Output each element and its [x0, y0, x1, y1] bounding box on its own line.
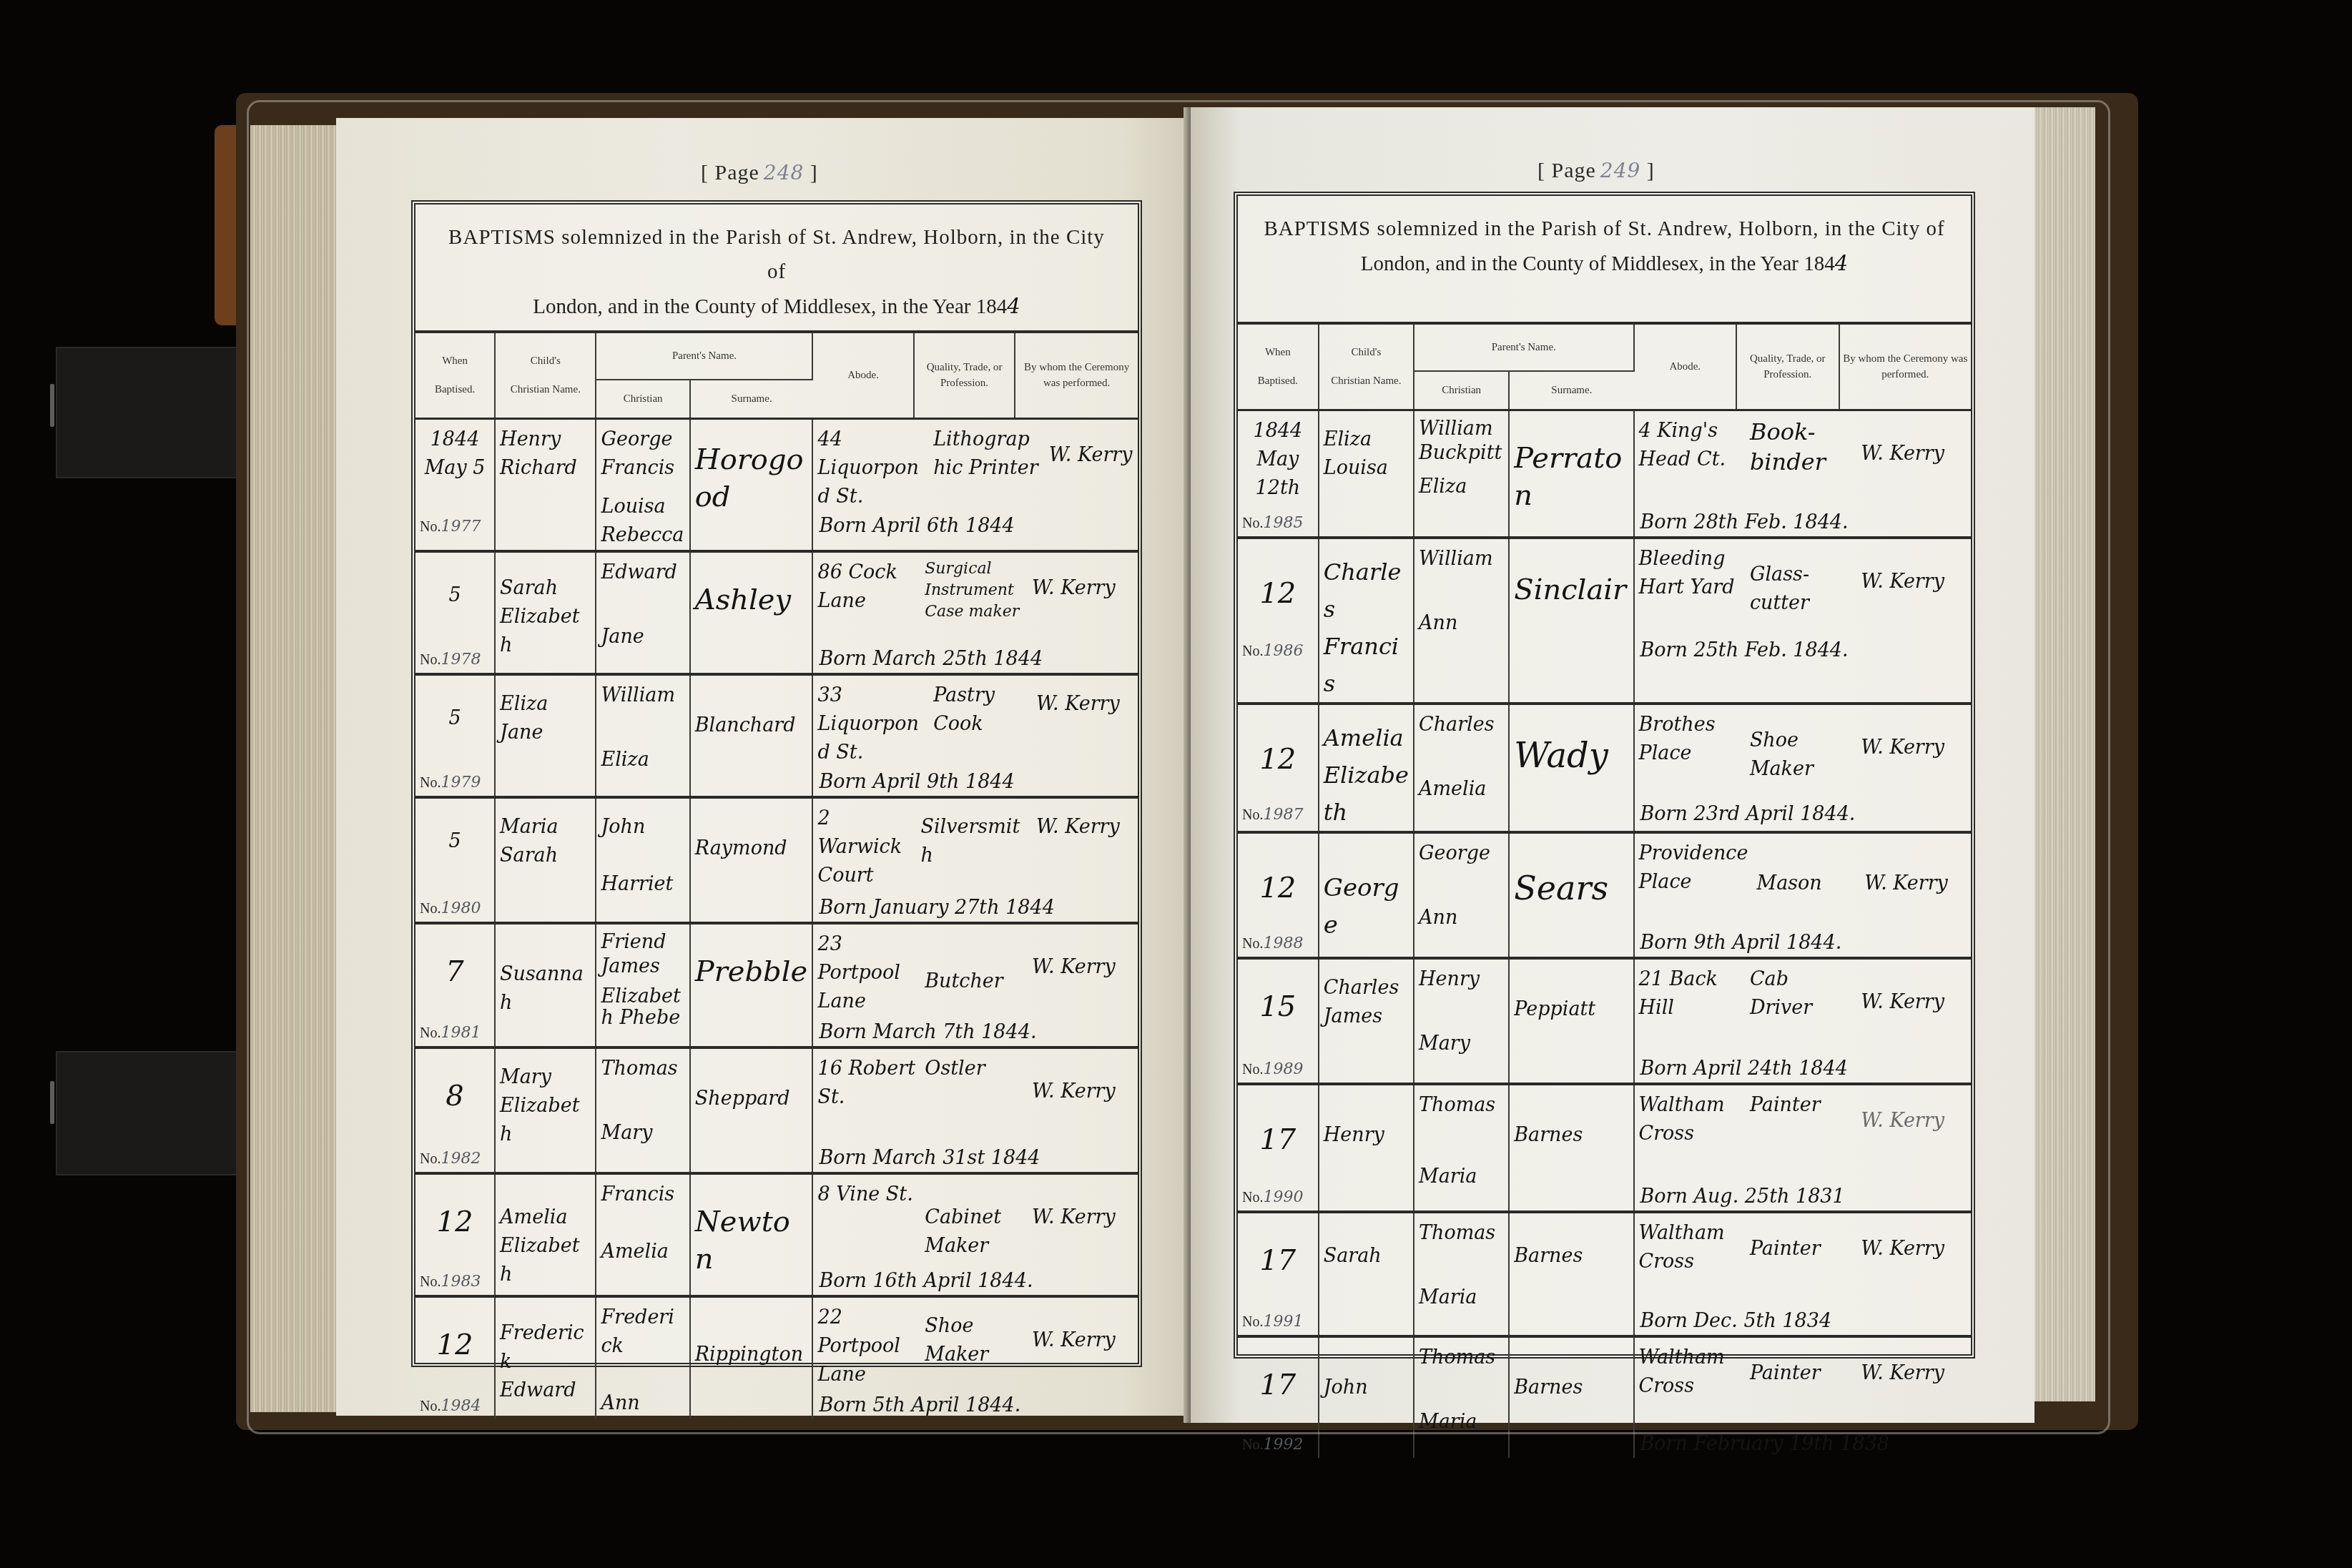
- col-profession: Quality, Trade, or Profession.: [1736, 325, 1839, 410]
- entry-child-name: Henry: [1319, 1085, 1413, 1150]
- register-entry: 5No.1978 Sarah Elizabeth EdwardJane Ashl…: [415, 551, 1138, 674]
- heading-line-1: BAPTISMS solemnized in the Parish of St.…: [437, 220, 1116, 289]
- entry-number: No.1991: [1242, 1313, 1303, 1331]
- entry-surname: Barnes: [1510, 1213, 1633, 1271]
- entry-when: 1844 May 5: [415, 420, 494, 483]
- entry-abode: 22 Portpool Lane: [813, 1298, 920, 1389]
- entry-born: Born 25th Feb. 1844.: [1640, 639, 1849, 661]
- entry-number: No.1979: [420, 774, 481, 792]
- entry-father: William Buckpitt: [1414, 411, 1508, 465]
- page-number: 248: [764, 161, 804, 184]
- entry-when: 12: [415, 1175, 494, 1241]
- entry-born: Born 9th April 1844.: [1640, 932, 1842, 954]
- entry-born: Born Aug. 25th 1831: [1640, 1185, 1845, 1208]
- entry-number: No.1984: [420, 1397, 481, 1415]
- heading-line-1: BAPTISMS solemnized in the Parish of St.…: [1259, 212, 1949, 246]
- page-label: [ Page: [701, 161, 759, 184]
- entry-child-name: Amelia Elizabeth: [496, 1175, 595, 1289]
- entry-when: 17: [1238, 1085, 1318, 1158]
- entry-officiant: W. Kerry: [1856, 539, 1971, 618]
- entry-officiant: W. Kerry: [1856, 1213, 1971, 1276]
- register-entry: 17No.1992 John ThomasMaria Barnes Waltha…: [1238, 1336, 1971, 1458]
- entry-officiant: W. Kerry: [1856, 411, 1971, 477]
- register-entry: 5No.1979 Eliza Jane WilliamEliza Blancha…: [415, 674, 1138, 797]
- col-child-name: Child'sChristian Name.: [1319, 325, 1414, 410]
- entry-officiant: W. Kerry: [1028, 924, 1138, 1016]
- register-entry: 12No.1987 Amelia Elizabeth CharlesAmelia…: [1238, 704, 1971, 832]
- entry-mother: Jane: [596, 587, 689, 651]
- entry-number: No.1988: [1242, 935, 1303, 952]
- entry-profession: Shoe Maker: [920, 1298, 1028, 1389]
- entry-abode: Waltham Cross: [1635, 1085, 1746, 1148]
- entry-father: John: [596, 799, 689, 842]
- entry-officiant: W. Kerry: [1028, 1175, 1138, 1261]
- page-number: 249: [1600, 159, 1640, 182]
- entry-surname: Ashley: [691, 553, 812, 618]
- entry-mother: Maria: [1414, 1248, 1508, 1312]
- entry-mother: Harriet: [596, 842, 689, 899]
- entry-mother: Amelia: [596, 1209, 689, 1266]
- entry-profession: Butcher: [920, 924, 1028, 1016]
- col-parent-surname: Surname.: [690, 380, 813, 419]
- entry-child-name: Susannah: [496, 924, 595, 1017]
- entry-father: Charles: [1414, 705, 1508, 739]
- register-entry: 1844 May 12thNo.1985 Eliza Louisa Willia…: [1238, 410, 1971, 538]
- entry-abode: Brothes Place: [1635, 705, 1746, 784]
- entry-child-name: Eliza Jane: [496, 676, 595, 747]
- binding-clip-top: [56, 347, 237, 478]
- entry-abode: Providence Place: [1635, 834, 1753, 898]
- col-abode: Abode.: [1634, 325, 1737, 410]
- entry-born: Born March 31st 1844: [819, 1147, 1040, 1169]
- register-entry: 1844 May 5No.1977 Henry Richard George F…: [415, 419, 1138, 552]
- page-edges-left: [250, 125, 336, 1412]
- year-digit: 4: [1007, 294, 1020, 318]
- col-parents-name: Parent's Name.: [596, 333, 812, 380]
- right-page: [ Page249 ] BAPTISMS solemnized in the P…: [1191, 107, 2034, 1423]
- entry-when: 5: [415, 676, 494, 733]
- entry-abode: 86 Cock Lane: [813, 553, 920, 623]
- entry-profession: Mason: [1752, 834, 1860, 898]
- entry-abode: 8 Vine St.: [813, 1175, 920, 1261]
- page-label: [ Page: [1537, 159, 1596, 182]
- entry-surname: Newton: [691, 1175, 812, 1278]
- register-entry: 12No.1986 Charles Francis WilliamAnn Sin…: [1238, 538, 1971, 704]
- entry-mother: Eliza: [596, 710, 689, 774]
- entry-number: No.1977: [420, 518, 481, 536]
- entry-abode: 16 Robert St.: [813, 1049, 920, 1112]
- entry-child-name: John: [1319, 1338, 1413, 1402]
- register-entry: 7No.1981 Susannah Friend JamesElizabeth …: [415, 923, 1138, 1047]
- col-parents-name: Parent's Name.: [1414, 325, 1634, 371]
- entry-when: 8: [415, 1049, 494, 1115]
- entry-number: No.1978: [420, 651, 481, 669]
- entry-surname: Sears: [1510, 834, 1633, 907]
- entry-surname: Perraton: [1510, 411, 1633, 514]
- entry-when: 12: [1238, 834, 1318, 907]
- entry-abode: 33 Liquorpond St.: [813, 676, 929, 767]
- col-child-name: Child'sChristian Name.: [495, 333, 596, 419]
- entry-surname: Blanchard: [691, 676, 812, 740]
- entry-born: Born 23rd April 1844.: [1640, 803, 1856, 825]
- entry-profession: Ostler: [920, 1049, 1028, 1112]
- entry-officiant: W. Kerry: [1856, 705, 1971, 784]
- register-entry: 8No.1982 Mary Elizabeth ThomasMary Shepp…: [415, 1047, 1138, 1173]
- col-by-whom: By whom the Ceremony was performed.: [1839, 325, 1972, 410]
- entry-abode: Waltham Cross: [1635, 1213, 1746, 1276]
- entry-surname: Rippington: [691, 1298, 812, 1369]
- register-entry: 12No.1983 Amelia Elizabeth FrancisAmelia…: [415, 1173, 1138, 1296]
- entry-when: 15: [1238, 960, 1318, 1025]
- entry-child-name: Henry Richard: [496, 420, 595, 483]
- entry-profession: Cab Driver: [1746, 960, 1856, 1022]
- col-parent-christian: Christian: [1414, 371, 1509, 410]
- entry-profession: Pastry Cook: [929, 676, 1032, 767]
- entry-mother: Mary: [596, 1083, 689, 1148]
- entry-surname: Barnes: [1510, 1085, 1633, 1150]
- entry-mother: Maria: [1414, 1120, 1508, 1191]
- entry-when: 12: [1238, 705, 1318, 778]
- col-by-whom: By whom the Ceremony was performed.: [1015, 333, 1138, 419]
- photo-background: [ Page248 ] BAPTISMS solemnized in the P…: [0, 0, 2352, 1568]
- entry-officiant: W. Kerry: [1856, 960, 1971, 1022]
- entry-mother: Amelia: [1414, 739, 1508, 804]
- entry-father: Thomas: [596, 1049, 689, 1083]
- entry-mother: Louisa Rebecca: [596, 483, 689, 550]
- entry-born: Born 16th April 1844.: [819, 1270, 1033, 1292]
- entry-child-name: Charles James: [1319, 960, 1413, 1031]
- entry-profession: Cabinet Maker: [920, 1175, 1028, 1261]
- entry-number: No.1982: [420, 1150, 481, 1168]
- entry-father: George: [1414, 834, 1508, 868]
- entry-surname: Sheppard: [691, 1049, 812, 1113]
- entry-profession: Lithographic Printer: [929, 420, 1045, 511]
- entry-born: Born Dec. 5th 1834: [1640, 1310, 1832, 1332]
- entry-number: No.1985: [1242, 514, 1303, 532]
- entry-mother: Ann: [596, 1361, 689, 1418]
- col-when: WhenBaptised.: [1238, 325, 1319, 410]
- entry-abode: 2 Warwick Court: [813, 799, 916, 890]
- entry-abode: 23 Portpool Lane: [813, 924, 920, 1016]
- entry-number: No.1983: [420, 1273, 481, 1291]
- entry-officiant: W. Kerry: [1860, 834, 1971, 898]
- entry-profession: Glass-cutter: [1746, 539, 1856, 618]
- entry-officiant: W. Kerry: [1856, 1085, 1971, 1148]
- entry-child-name: Mary Elizabeth: [496, 1049, 595, 1149]
- entry-mother: Ann: [1414, 573, 1508, 638]
- entry-father: Thomas: [1414, 1085, 1508, 1120]
- entry-mother: Eliza: [1414, 465, 1508, 501]
- entry-when: 1844 May 12th: [1238, 411, 1318, 503]
- register-heading: BAPTISMS solemnized in the Parish of St.…: [1238, 196, 1971, 325]
- entry-when: 17: [1238, 1338, 1318, 1404]
- entry-born: Born April 24th 1844: [1640, 1057, 1848, 1080]
- entry-profession: Shoe Maker: [1746, 705, 1856, 784]
- col-abode: Abode.: [812, 333, 913, 419]
- baptism-register-table: BAPTISMS solemnized in the Parish of St.…: [411, 200, 1142, 1367]
- entry-father: Henry: [1414, 960, 1508, 994]
- entry-surname: Prebble: [691, 924, 812, 990]
- entry-surname: Sinclair: [1510, 539, 1633, 608]
- entry-father: William: [1414, 539, 1508, 573]
- entry-child-name: George: [1319, 834, 1413, 944]
- register-entry: 12No.1984 Frederick Edward FrederickAnn …: [415, 1296, 1138, 1419]
- entry-born: Born March 7th 1844.: [819, 1021, 1036, 1043]
- entry-abode: Waltham Cross: [1635, 1338, 1746, 1401]
- entry-child-name: Maria Sarah: [496, 799, 595, 870]
- entry-officiant: W. Kerry: [1032, 799, 1138, 890]
- page-bracket: ]: [810, 161, 818, 184]
- entry-child-name: Charles Francis: [1319, 539, 1413, 702]
- col-profession: Quality, Trade, or Profession.: [914, 333, 1015, 419]
- entry-abode: 21 Back Hill: [1635, 960, 1746, 1022]
- entry-child-name: Sarah Elizabeth: [496, 553, 595, 660]
- entry-number: No.1987: [1242, 806, 1303, 824]
- entry-father: Francis: [596, 1175, 689, 1209]
- entry-surname: Raymond: [691, 799, 812, 863]
- entry-profession: Painter: [1746, 1085, 1856, 1148]
- entry-mother: Mary: [1414, 994, 1508, 1058]
- entry-father: Thomas: [1414, 1338, 1508, 1372]
- entry-when: 5: [415, 799, 494, 856]
- heading-line-2: London, and in the County of Middlesex, …: [1361, 252, 1835, 275]
- page-number-label: [ Page248 ]: [701, 161, 818, 185]
- entry-surname: Wady: [1510, 705, 1633, 774]
- entry-born: Born 28th Feb. 1844.: [1640, 511, 1849, 533]
- entry-when: 12: [415, 1298, 494, 1364]
- entry-child-name: Eliza Louisa: [1319, 411, 1413, 483]
- baptism-register-table: BAPTISMS solemnized in the Parish of St.…: [1234, 192, 1975, 1359]
- page-bracket: ]: [1647, 159, 1655, 182]
- entry-child-name: Sarah: [1319, 1213, 1413, 1271]
- entry-born: Born 5th April 1844.: [819, 1394, 1020, 1416]
- entry-when: 17: [1238, 1213, 1318, 1279]
- entry-officiant: W. Kerry: [1045, 420, 1138, 511]
- entry-profession: Book-binder: [1746, 411, 1856, 477]
- entry-profession: Painter: [1746, 1213, 1856, 1276]
- register-grid: WhenBaptised. Child'sChristian Name. Par…: [415, 333, 1138, 1419]
- page-edges-right: [2031, 107, 2095, 1401]
- entry-child-name: Frederick Edward: [496, 1298, 595, 1405]
- entry-born: Born April 6th 1844: [819, 515, 1014, 537]
- left-page: [ Page248 ] BAPTISMS solemnized in the P…: [336, 118, 1191, 1416]
- entry-number: No.1981: [420, 1024, 481, 1042]
- entry-born: Born January 27th 1844: [819, 897, 1054, 919]
- entry-officiant: W. Kerry: [1856, 1338, 1971, 1401]
- entry-father: Frederick: [596, 1298, 689, 1361]
- entry-number: No.1990: [1242, 1188, 1303, 1206]
- entry-officiant: W. Kerry: [1028, 553, 1138, 623]
- register-entry: 17No.1990 Henry ThomasMaria Barnes Walth…: [1238, 1084, 1971, 1212]
- entry-number: No.1986: [1242, 642, 1303, 660]
- entry-profession: Surgical Instrument Case maker: [920, 553, 1028, 623]
- entry-child-name: Amelia Elizabeth: [1319, 705, 1413, 831]
- entry-number: No.1989: [1242, 1060, 1303, 1078]
- entry-mother: Ann: [1414, 868, 1508, 932]
- entry-born: Born February 19th 1838: [1640, 1433, 1890, 1455]
- entry-mother: Elizabeth Phebe: [596, 979, 689, 1029]
- entry-father: Friend James: [596, 924, 689, 979]
- entry-when: 7: [415, 924, 494, 990]
- binding-clip-bottom: [56, 1051, 237, 1175]
- register-heading: BAPTISMS solemnized in the Parish of St.…: [415, 204, 1138, 333]
- col-when: WhenBaptised.: [415, 333, 495, 419]
- heading-line-2: London, and in the County of Middlesex, …: [533, 295, 1007, 318]
- page-number-label: [ Page249 ]: [1537, 159, 1655, 183]
- entry-when: 12: [1238, 539, 1318, 612]
- register-entry: 5No.1980 Maria Sarah JohnHarriet Raymond…: [415, 797, 1138, 923]
- entry-born: Born March 25th 1844: [819, 648, 1043, 670]
- entry-mother: Maria: [1414, 1372, 1508, 1436]
- entry-abode: Bleeding Hart Yard: [1635, 539, 1746, 618]
- entry-officiant: W. Kerry: [1032, 676, 1138, 767]
- register-entry: 17No.1991 Sarah ThomasMaria Barnes Walth…: [1238, 1212, 1971, 1336]
- entry-surname: Barnes: [1510, 1338, 1633, 1402]
- register-entry: 12No.1988 George GeorgeAnn Sears Provide…: [1238, 832, 1971, 958]
- entry-number: No.1980: [420, 899, 481, 917]
- entry-officiant: W. Kerry: [1028, 1298, 1138, 1389]
- entry-officiant: W. Kerry: [1028, 1049, 1138, 1112]
- register-grid: WhenBaptised. Child'sChristian Name. Par…: [1238, 325, 1971, 1458]
- entry-number: No.1992: [1242, 1436, 1303, 1454]
- entry-surname: Peppiatt: [1510, 960, 1633, 1024]
- entry-profession: Silversmith: [916, 799, 1032, 890]
- entry-father: William: [596, 676, 689, 710]
- entry-born: Born April 9th 1844: [819, 771, 1014, 793]
- entry-when: 5: [415, 553, 494, 610]
- entry-abode: 44 Liquorpond St.: [813, 420, 929, 511]
- entry-profession: Painter: [1746, 1338, 1856, 1401]
- entry-father: George Francis: [596, 420, 689, 483]
- col-parent-surname: Surname.: [1509, 371, 1633, 410]
- entry-father: Thomas: [1414, 1213, 1508, 1248]
- year-digit: 4: [1835, 251, 1848, 275]
- entry-father: Edward: [596, 553, 689, 587]
- register-entry: 15No.1989 Charles James HenryMary Peppia…: [1238, 958, 1971, 1084]
- col-parent-christian: Christian: [596, 380, 689, 419]
- entry-abode: 4 King's Head Ct.: [1635, 411, 1746, 477]
- entry-surname: Horogood: [691, 420, 812, 516]
